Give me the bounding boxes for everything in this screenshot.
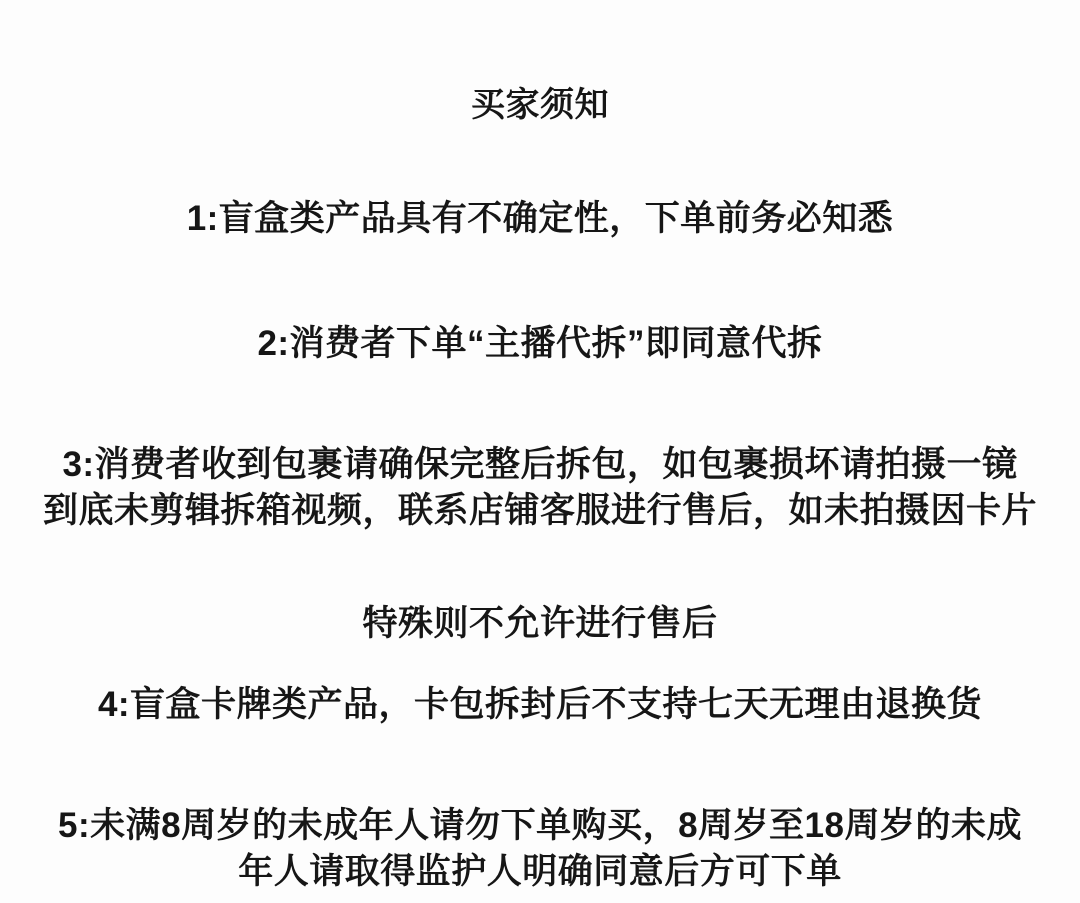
notice-item-3: 3:消费者收到包裹请确保完整后拆包，如包裹损坏请拍摄一镜 到底未剪辑拆箱视频，联… xyxy=(0,442,1080,534)
notice-item-4: 4:盲盒卡牌类产品，卡包拆封后不支持七天无理由退换货 xyxy=(0,682,1080,728)
notice-item-3-continued: 特殊则不允许进行售后 xyxy=(0,601,1080,647)
notice-item-1: 1:盲盒类产品具有不确定性，下单前务必知悉 xyxy=(0,196,1080,242)
notice-item-5: 5:未满8周岁的未成年人请勿下单购买，8周岁至18周岁的未成 年人请取得监护人明… xyxy=(0,803,1080,895)
buyer-notice-page: 买家须知 1:盲盒类产品具有不确定性，下单前务必知悉 2:消费者下单“主播代拆”… xyxy=(0,0,1080,903)
page-title: 买家须知 xyxy=(0,82,1080,128)
notice-item-2: 2:消费者下单“主播代拆”即同意代拆 xyxy=(0,321,1080,367)
